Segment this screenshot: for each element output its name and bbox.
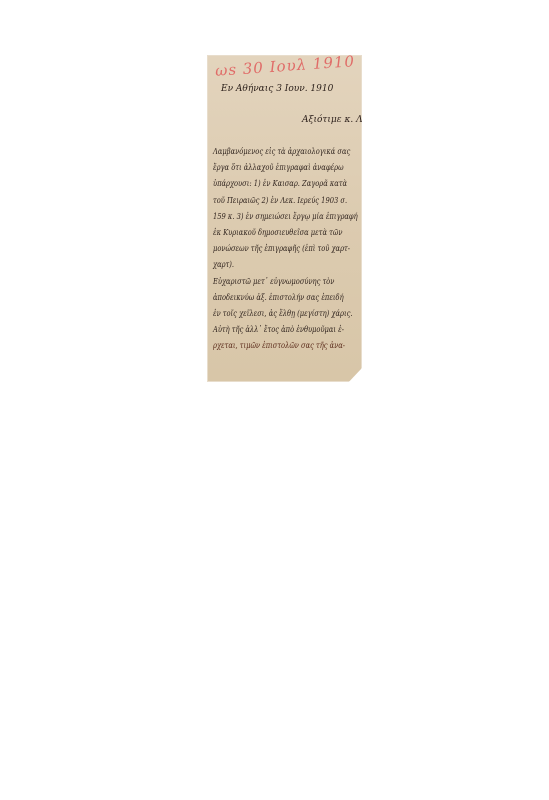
archival-annotation: ωs 30 Ιουλ 1910 — [215, 55, 356, 80]
body-line: ρχεται, τιμῶν ἐπιστολῶν σας τῆς ἀνα- — [213, 341, 358, 357]
torn-corner — [340, 368, 362, 382]
salutation: Αξιότιμε κ. Λαμπάκη, — [302, 116, 362, 125]
body-line: ἐν τοῖς χεῖλεσι, ἀς ἔλθῃ (μεγίστη) χάρις… — [213, 309, 358, 325]
body-line: Εὐχαριστῶ μετ᾽ εὐγνωμοσύνης τὸν — [213, 277, 358, 293]
body-line: τοῦ Πειραιῶς 2) ἐν Λεκ. Ιερεύς 1903 σ. — [213, 196, 358, 212]
body-line: Λαμβανόμενος εἰς τὰ ἀρχαιολογικά σας — [213, 147, 358, 163]
body-line: 159 κ. 3) ἐν σημειώσει ἔργῳ μία ἐπιγραφή — [213, 212, 358, 228]
body-line: ἔργα ὅτι ἀλλαχοῦ ἐπιγραφαὶ ἀναφέρω — [213, 163, 358, 179]
date-line: Εν Αθήναις 3 Ιουν. 1910 — [221, 85, 333, 94]
body-line: Αὐτὴ τῆς ἀλλ᾽ ἔτος ἀπὸ ἐνθυμοῦμαι ἐ- — [213, 325, 358, 341]
body-line: μονώσεων τῆς ἐπιγραφῆς (ἐπὶ τοῦ χαρτ- — [213, 244, 358, 260]
letter-body: Λαμβανόμενος εἰς τὰ ἀρχαιολογικά σας ἔργ… — [213, 147, 362, 357]
body-line: ἀποδεικνύω ἀξ. ἐπιστολήν σας ἐπειδή — [213, 293, 358, 309]
body-line: χαρτ). — [213, 260, 358, 276]
body-line: ἐκ Κυριακοῦ δημοσιευθεῖσα μετὰ τῶν — [213, 228, 358, 244]
letter-page: ωs 30 Ιουλ 1910 Εν Αθήναις 3 Ιουν. 1910 … — [207, 55, 362, 382]
body-line: ὑπάρχουσι: 1) ἐν Καισαρ. Ζαγορᾶ κατὰ — [213, 179, 358, 195]
